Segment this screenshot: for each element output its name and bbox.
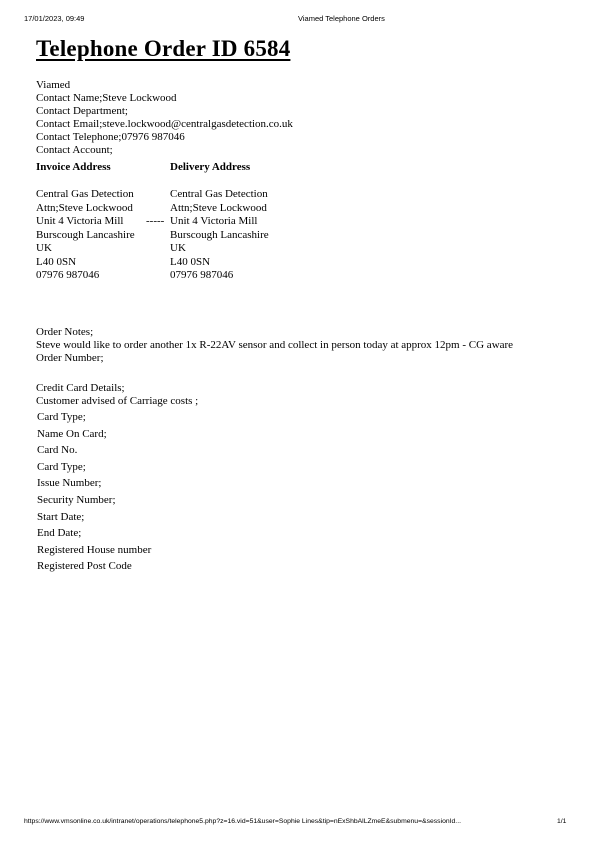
delivery-address-heading: Delivery Address (170, 161, 269, 174)
invoice-address-line: Central Gas Detection (36, 188, 170, 202)
invoice-address-line: Attn;Steve Lockwood (36, 202, 170, 216)
order-notes-label: Order Notes; (36, 326, 513, 339)
payment-section: Credit Card Details; Customer advised of… (36, 382, 198, 408)
carriage-costs: Customer advised of Carriage costs ; (36, 395, 198, 408)
order-notes-text: Steve would like to order another 1x R-2… (36, 339, 513, 352)
address-row: 07976 98704607976 987046 (36, 269, 269, 283)
invoice-address-line: Burscough Lancashire (36, 229, 170, 243)
delivery-address-line: 07976 987046 (170, 269, 269, 283)
card-field: Start Date; (37, 509, 151, 526)
address-row: UKUK (36, 242, 269, 256)
card-field: End Date; (37, 525, 151, 542)
page-title: Telephone Order ID 6584 (36, 36, 290, 62)
card-field: Issue Number; (37, 475, 151, 492)
invoice-address-line: Unit 4 Victoria Mill----- (36, 215, 170, 229)
delivery-address-line: Burscough Lancashire (170, 229, 269, 243)
card-field: Security Number; (37, 492, 151, 509)
print-page-title: Viamed Telephone Orders (298, 14, 385, 23)
address-row: L40 0SNL40 0SN (36, 256, 269, 270)
invoice-address-line: 07976 987046 (36, 269, 170, 283)
delivery-address-line: UK (170, 242, 269, 256)
print-datetime: 17/01/2023, 09:49 (24, 14, 84, 23)
address-row: Burscough LancashireBurscough Lancashire (36, 229, 269, 243)
credit-card-details-label: Credit Card Details; (36, 382, 198, 395)
contact-name: Contact Name;Steve Lockwood (36, 92, 293, 105)
address-table: Invoice Address Delivery Address Central… (36, 161, 269, 283)
card-field: Card Type; (37, 409, 151, 426)
delivery-address-line: Central Gas Detection (170, 188, 269, 202)
card-fields: Card Type;Name On Card;Card No.Card Type… (37, 409, 151, 575)
invoice-address-line: UK (36, 242, 170, 256)
print-page-number: 1/1 (557, 818, 566, 825)
delivery-address-line: L40 0SN (170, 256, 269, 270)
card-field: Name On Card; (37, 426, 151, 443)
contact-details: Viamed Contact Name;Steve Lockwood Conta… (36, 79, 293, 157)
contact-telephone: Contact Telephone;07976 987046 (36, 131, 293, 144)
card-field: Registered Post Code (37, 558, 151, 575)
card-field: Card No. (37, 442, 151, 459)
address-row: Central Gas DetectionCentral Gas Detecti… (36, 188, 269, 202)
invoice-address-heading: Invoice Address (36, 161, 170, 174)
address-separator: ----- (146, 215, 164, 229)
delivery-address-line: Attn;Steve Lockwood (170, 202, 269, 216)
order-number: Order Number; (36, 352, 513, 365)
card-field: Card Type; (37, 459, 151, 476)
address-row: Unit 4 Victoria Mill-----Unit 4 Victoria… (36, 215, 269, 229)
delivery-address-line: Unit 4 Victoria Mill (170, 215, 269, 229)
contact-account: Contact Account; (36, 144, 293, 157)
print-url: https://www.vmsonline.co.uk/intranet/ope… (24, 818, 461, 825)
company-name: Viamed (36, 79, 293, 92)
contact-department: Contact Department; (36, 105, 293, 118)
address-row: Attn;Steve LockwoodAttn;Steve Lockwood (36, 202, 269, 216)
card-field: Registered House number (37, 542, 151, 559)
invoice-address-line: L40 0SN (36, 256, 170, 270)
contact-email: Contact Email;steve.lockwood@centralgasd… (36, 118, 293, 131)
order-notes: Order Notes; Steve would like to order a… (36, 326, 513, 365)
